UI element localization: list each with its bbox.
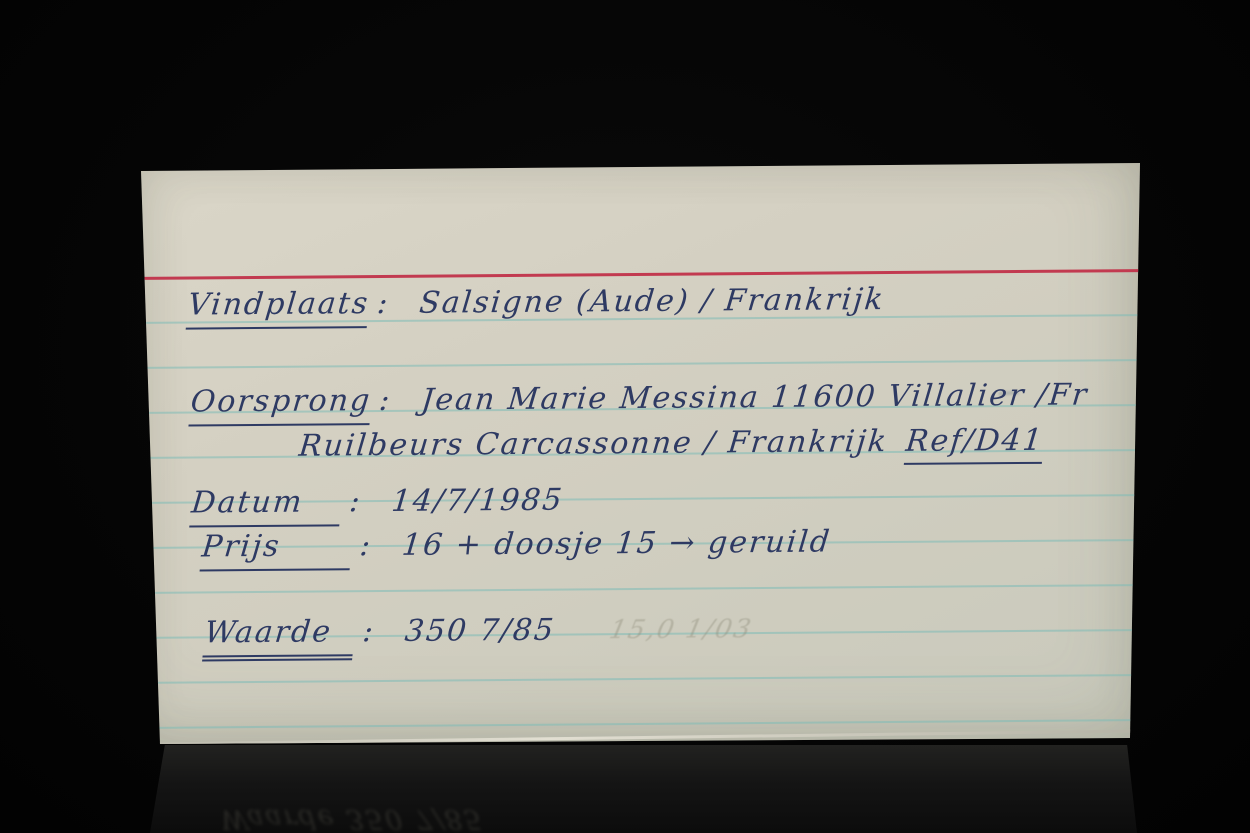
field-row-oorsprong-line2: Ruilbeurs Carcassonne / Frankrijk Ref/D4… bbox=[297, 420, 1046, 470]
rule-line bbox=[142, 584, 1141, 594]
waarde-colon: : bbox=[361, 611, 377, 653]
index-card: Vindplaats : Salsigne (Aude) / Frankrijk… bbox=[141, 163, 1140, 744]
datum-label: Datum bbox=[189, 481, 343, 527]
datum-value: 14/7/1985 bbox=[390, 480, 566, 523]
prijs-label: Prijs bbox=[200, 525, 354, 571]
card-edge-highlight bbox=[157, 730, 1133, 746]
oorsprong-colon: : bbox=[377, 380, 393, 422]
card-reflection: Waarde 350 7/85 bbox=[150, 745, 1137, 833]
rule-line bbox=[143, 674, 1142, 684]
reflected-text: Waarde 350 7/85 bbox=[218, 803, 484, 833]
prijs-colon: : bbox=[358, 525, 374, 567]
photo-background: Vindplaats : Salsigne (Aude) / Frankrijk… bbox=[0, 0, 1250, 833]
vindplaats-colon: : bbox=[375, 283, 391, 325]
card-surface: Vindplaats : Salsigne (Aude) / Frankrijk… bbox=[139, 159, 1143, 748]
oorsprong-value-line2: Ruilbeurs Carcassonne / Frankrijk bbox=[297, 421, 890, 468]
field-row-oorsprong: Oorsprong : Jean Marie Messina 11600 Vil… bbox=[188, 374, 1090, 426]
waarde-label: Waarde bbox=[202, 611, 357, 661]
waarde-value: 350 7/85 bbox=[403, 610, 557, 653]
rule-line bbox=[143, 719, 1142, 729]
waarde-faint-pencil-note: 15,0 1/03 bbox=[606, 608, 757, 651]
field-row-datum: Datum : 14/7/1985 bbox=[189, 480, 565, 528]
field-row-prijs: Prijs : 16 + doosje 15 → geruild bbox=[200, 521, 834, 571]
field-row-vindplaats: Vindplaats : Salsigne (Aude) / Frankrijk bbox=[186, 279, 887, 330]
rule-line bbox=[140, 359, 1139, 369]
field-row-waarde: Waarde : 350 7/85 15,0 1/03 bbox=[202, 608, 755, 661]
red-header-line bbox=[140, 269, 1139, 280]
vindplaats-value: Salsigne (Aude) / Frankrijk bbox=[417, 279, 886, 325]
oorsprong-value-line1: Jean Marie Messina 11600 Villalier /Fr bbox=[419, 374, 1090, 421]
datum-colon: : bbox=[347, 481, 363, 523]
oorsprong-label: Oorsprong bbox=[188, 380, 373, 426]
vindplaats-label: Vindplaats bbox=[186, 283, 372, 329]
prijs-value: 16 + doosje 15 → geruild bbox=[400, 521, 833, 566]
oorsprong-ref: Ref/D41 bbox=[904, 420, 1046, 465]
